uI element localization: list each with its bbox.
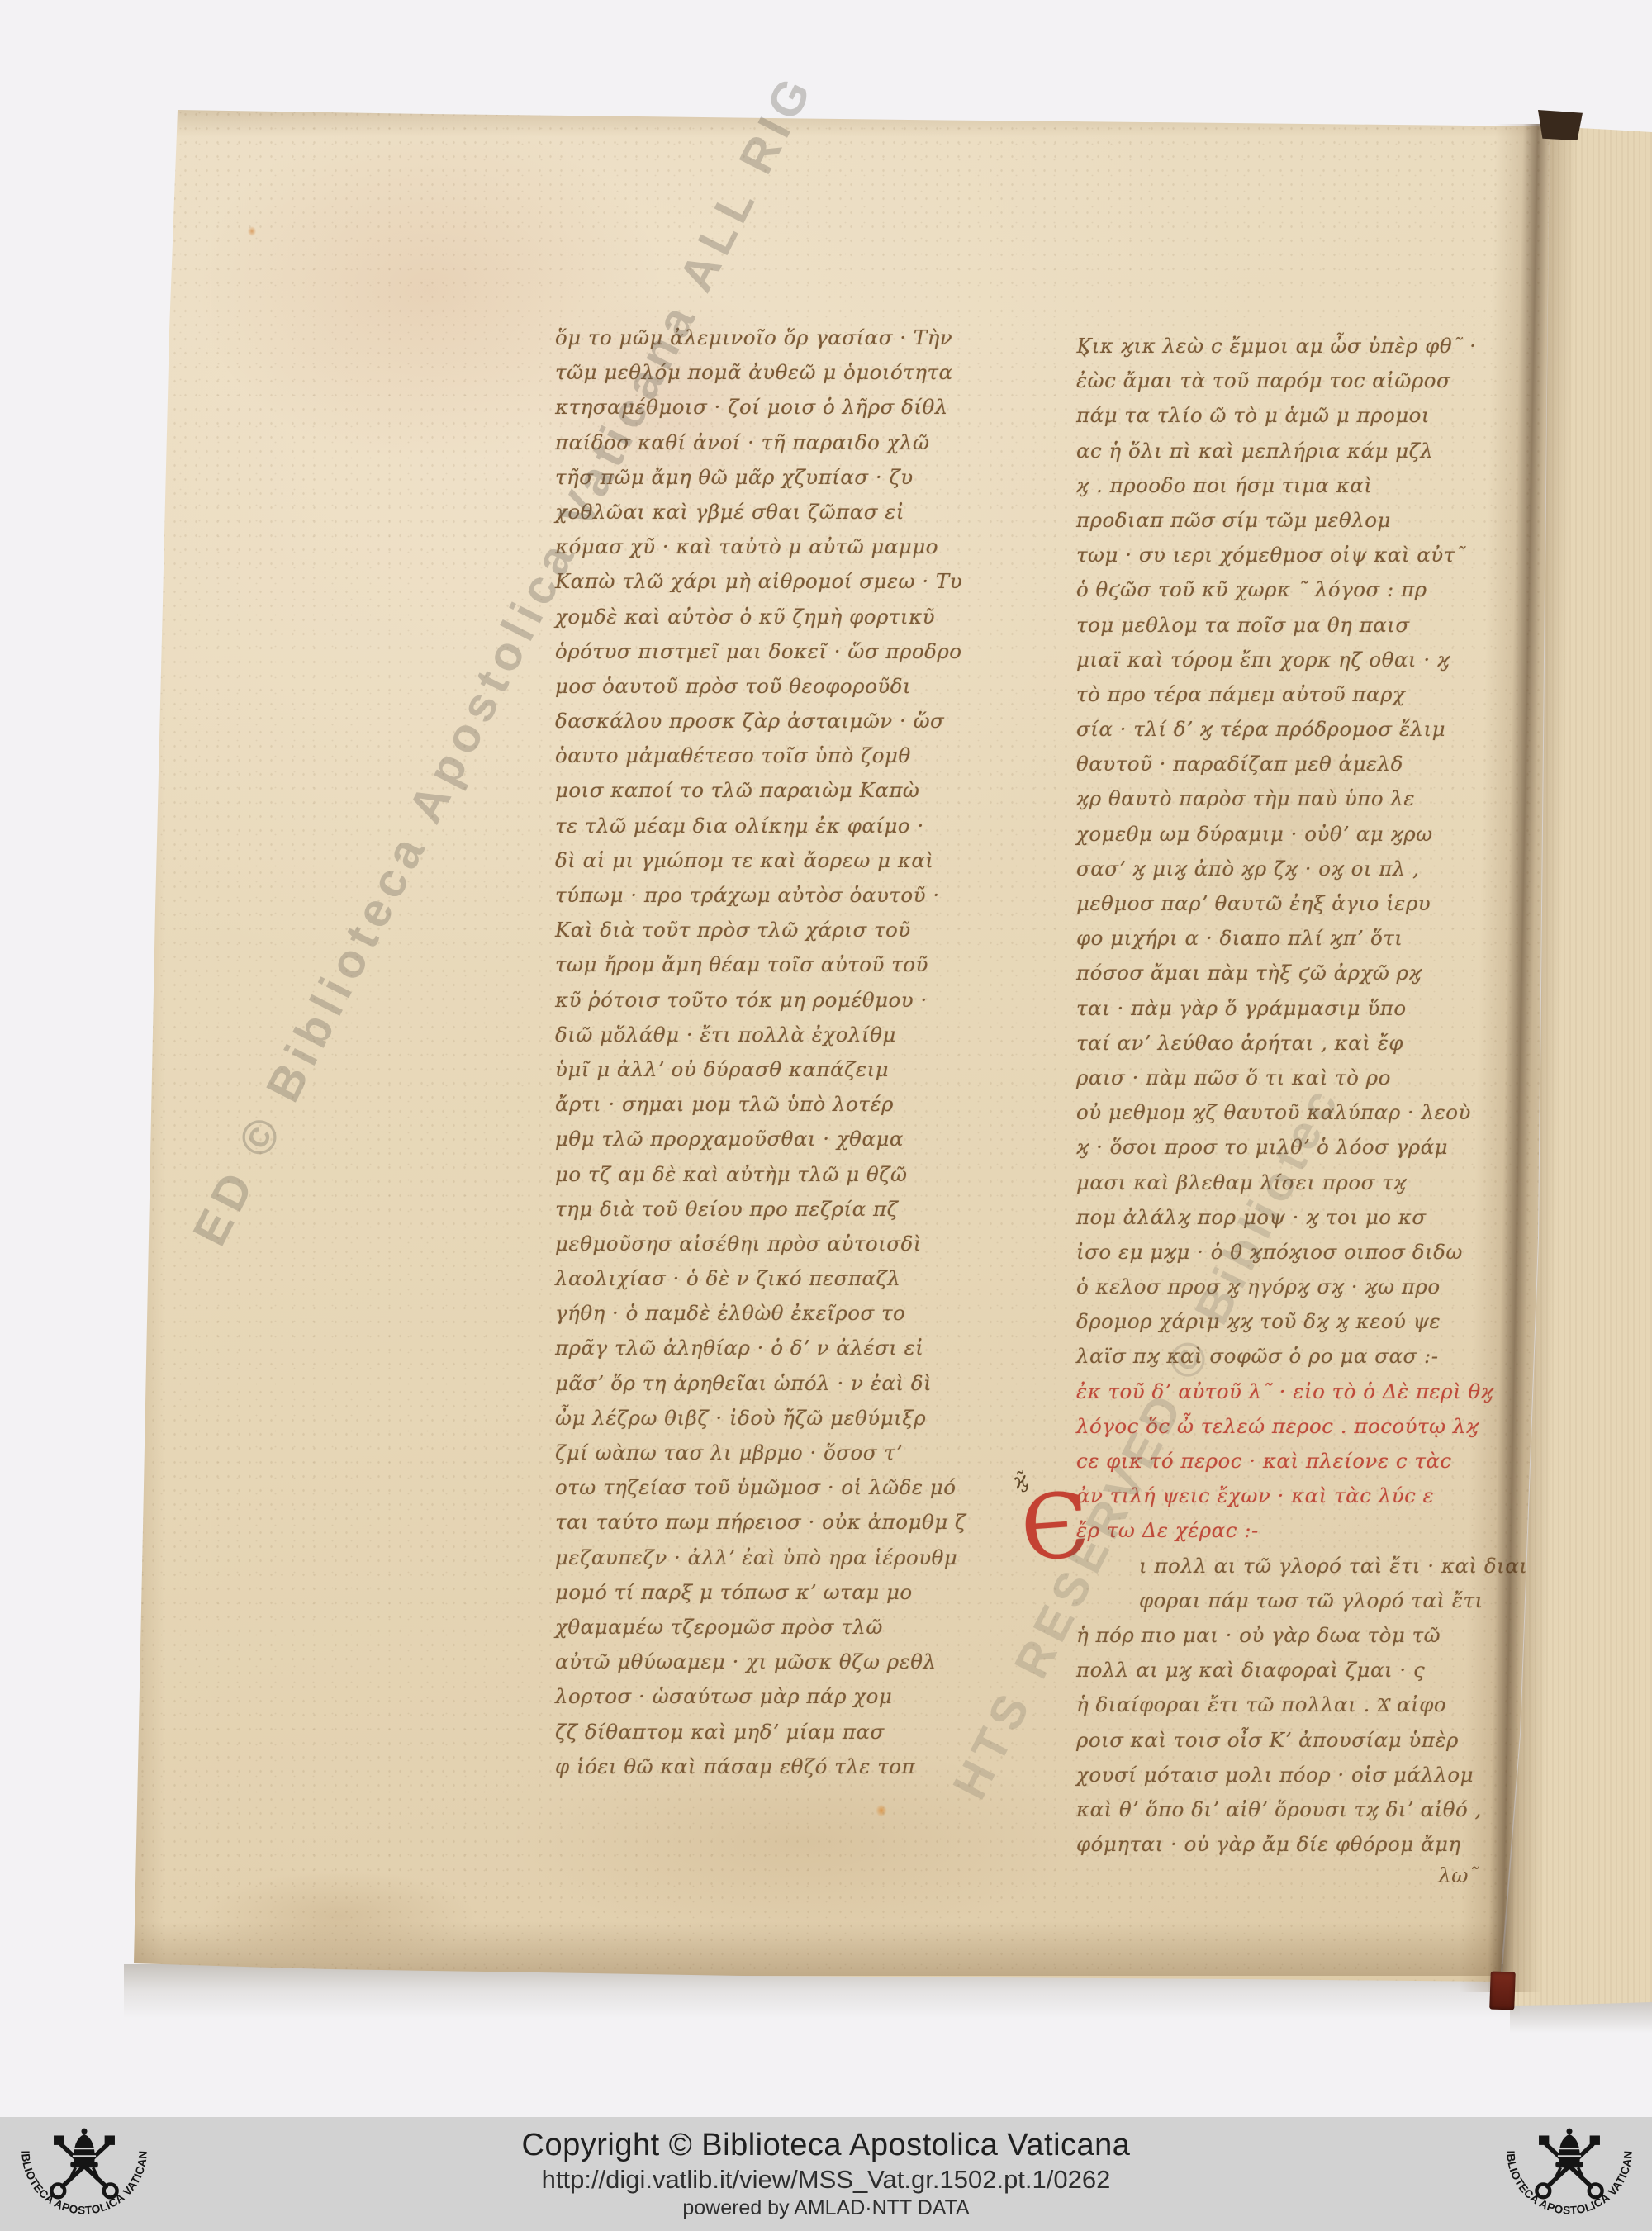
manuscript-line: θαυτοῦ · παραδίζαπ μεθ ἀμελδ [1076, 747, 1526, 781]
digitized-manuscript-screenshot: ὅμ το μῶμ ἀλεμινοῖο ὅρ γασίασ · Τὴντῶμ μ… [0, 0, 1652, 2231]
manuscript-line: προδιαπ πῶσ σίμ τῶμ μεθλομ [1076, 503, 1526, 538]
manuscript-line: σασʼ ϗ μιϗ ἀπὸ ϗρ ζϗ · οϗ οι πλ , [1076, 852, 1526, 886]
manuscript-line: μιαϊ καὶ τόρομ ἔπι χορκ ηζ οθαι · ϗ [1076, 643, 1526, 677]
facing-page-bottom-shadow [1510, 1999, 1652, 2042]
parchment-page: ὅμ το μῶμ ἀλεμινοῖο ὅρ γασίασ · Τὴντῶμ μ… [0, 0, 1652, 2117]
manuscript-line: αὐτῶ μθύωαμεμ · χι μῶσκ θζω ρεθλ [555, 1645, 1024, 1679]
manuscript-line: τε τλῶ μέαμ δια ολίκημ ἐκ φαίμο · [555, 809, 1024, 843]
manuscript-line: ὁ θϛῶσ τοῦ κῦ χωρκ ῀ λόγοσ : πρ [1076, 572, 1526, 607]
manuscript-line: δασκάλου προσκ ζὰρ ἀσταιμῶν · ὥσ [555, 704, 1024, 738]
manuscript-line: μεθμοσ παρʼ θαυτῶ ἐηξ ἁγιο ἱερυ [1076, 886, 1526, 921]
manuscript-line: ὁ κελοσ προσ ϗ ηγόρϗ σϗ · ϗω προ [1076, 1270, 1526, 1304]
manuscript-line: πόσοσ ἄμαι πὰμ τὴξ ϛῶ ἀρχῶ ρϗ [1076, 956, 1526, 990]
catchword: λω῀ [1338, 1863, 1479, 1887]
footer-text-block: Copyright © Biblioteca Apostolica Vatica… [248, 2117, 1404, 2231]
spine-endband-tab [1489, 1971, 1516, 2010]
manuscript-line: τύπωμ · προ τράχωμ αὐτὸσ ὁαυτοῦ · [555, 878, 1024, 913]
manuscript-line: μεζαυπεζν · ἀλλʼ ἐαὶ ὑπὸ ηρα ἱέρουθμ [555, 1540, 1024, 1575]
footer-url: http://digi.vatlib.it/view/MSS_Vat.gr.15… [542, 2165, 1111, 2195]
manuscript-line: φόμηται · οὐ γὰρ ἄμ δίε φθόρομ ἄμη [1076, 1827, 1526, 1862]
manuscript-line: Καπὼ τλῶ χάρι μὴ αἰθρομοί σμεω · Τυ [555, 564, 1024, 599]
manuscript-rubric-line: ἔρ τω Δε χέραc :- [1076, 1513, 1526, 1548]
manuscript-line: μοισ καποί το τλῶ παραιὼμ Καπὼ [555, 773, 1024, 808]
manuscript-line: ὅμ το μῶμ ἀλεμινοῖο ὅρ γασίασ · Τὴν [555, 320, 1024, 355]
manuscript-line: χθαμαμέω τζερομῶσ πρὸσ τλῶ [555, 1610, 1024, 1645]
manuscript-line: καὶ θʼ ὅπο διʼ αἰθʼ ὅρουσι τϗ διʼ αἰθό , [1076, 1792, 1526, 1827]
manuscript-line: ϗρ θαυτὸ παρὸσ τὴμ παὺ ὑπο λε [1076, 781, 1526, 816]
manuscript-line: οτω τηζείασ τοῦ ὑμῶμοσ · οἱ λῶδε μό [555, 1470, 1024, 1505]
vatican-library-emblem-icon: BIBLIOTECA APOSTOLICA VATICANA [1497, 2119, 1642, 2230]
manuscript-line: χοθλῶαι καὶ γβμέ σθαι ζῶπασ εἰ [555, 495, 1024, 529]
manuscript-line: φοραι πάμ τωσ τῶ γλορό ταὶ ἔτι [1076, 1583, 1526, 1618]
manuscript-line: πομ ἀλάλϗ πορ μοψ · ϗ τοι μο κσ [1076, 1200, 1526, 1235]
manuscript-line: Καὶ διὰ τοῦτ πρὸσ τλῶ χάρισ τοῦ [555, 913, 1024, 947]
manuscript-line: δὶ αἱ μι γμώπομ τε καὶ ἄορεω μ καὶ [555, 843, 1024, 878]
manuscript-line: κῦ ῥότοισ τοῦτο τόκ μη ρομέθμου · [555, 983, 1024, 1018]
manuscript-line: ὑμῖ μ ἀλλʼ οὐ δύρασθ καπάζειμ [555, 1052, 1024, 1087]
manuscript-line: ταί ανʼ λεύθαο ἁρήται , καὶ ἔφ [1076, 1026, 1526, 1061]
manuscript-line: μο τζ αμ δὲ καὶ αὐτὴμ τλῶ μ θζῶ [555, 1157, 1024, 1192]
manuscript-line: τωμ · συ ιερι χόμεθμοσ οἰψ καὶ αὐτ῀ [1076, 538, 1526, 572]
manuscript-line: χομδὲ καὶ αὐτὸσ ὁ κῦ ζημὴ φορτικῦ [555, 600, 1024, 634]
manuscript-line: πάμ τα τλίο ῶ τὸ μ ἁμῶ μ προμοι [1076, 398, 1526, 433]
manuscript-line: λαϊσ πϗ καὶ σοφῶσ ὁ ρο μα σασ :- [1076, 1339, 1526, 1374]
manuscript-line: μομό τί παρξ μ τόπωσ κʼ ωταμ μο [555, 1575, 1024, 1610]
manuscript-line: αc ἡ ὅλι πὶ καὶ μεπλήρια κάμ μζλ [1076, 434, 1526, 468]
manuscript-line: τομ μεθλομ τα ποῖσ μα θη παισ [1076, 608, 1526, 643]
manuscript-line: πολλ αι μϗ καὶ διαφοραὶ ζμαι · ς [1076, 1653, 1526, 1687]
manuscript-line: ἰσο εμ μϗμ · ὁ θ ϗπόϗιοσ οιποσ διδω [1076, 1235, 1526, 1270]
manuscript-line: ζζ δίθαπτομ καὶ μηδʼ μίαμ πασ [555, 1715, 1024, 1749]
manuscript-line: γήθη · ὁ παμδὲ ἐλθὼθ ἐκεῖροσ το [555, 1296, 1024, 1331]
manuscript-line: ροισ καὶ τοισ οἶσ Κʼ ἀπουσίαμ ὑπὲρ [1076, 1723, 1526, 1758]
manuscript-line: ἄρτι · σημαι μομ τλῶ ὑπὸ λοτέρ [555, 1087, 1024, 1122]
manuscript-line: ἡ διαίφοραι ἔτι τῶ πολλαι . Ϫ αἰφο [1076, 1687, 1526, 1722]
manuscript-line: ι πολλ αι τῶ γλορό ταὶ ἔτι · καὶ διαι [1076, 1549, 1526, 1583]
manuscript-line: ὁαυτο μἀμαθέτεσο τοῖσ ὑπὸ ζομθ [555, 738, 1024, 773]
manuscript-line: μοσ ὁαυτοῦ πρὸσ τοῦ θεοφοροῦδι [555, 669, 1024, 704]
manuscript-line: ϗ . προοδο ποι ήσμ τιμα καὶ [1076, 468, 1526, 503]
manuscript-line: πρᾶγ τλῶ ἀληθίαρ · ὁ δʼ ν ἀλέσι εἰ [555, 1331, 1024, 1365]
spine-wedge [1538, 110, 1583, 140]
manuscript-line: ζμί ωὰπω τασ λι μβρμο · ὅσοσ τʼ [555, 1436, 1024, 1470]
manuscript-line: κόμασ χῦ · καὶ ταὐτὸ μ αὐτῶ μαμμο [555, 529, 1024, 564]
footer-powered-by: powered by AMLAD·NTT DATA [682, 2196, 969, 2220]
manuscript-line: τωμ ἤρομ ἄμη θέαμ τοῖσ αὐτοῦ τοῦ [555, 947, 1024, 982]
manuscript-line: χομεθμ ωμ δύραμιμ · οὐθʼ αμ ϗρω [1076, 817, 1526, 852]
manuscript-line: ὁρότυσ πιστμεῖ μαι δοκεῖ · ὥσ προδρο [555, 634, 1024, 669]
manuscript-line: τημ διὰ τοῦ θείου προ πεζρία πζ [555, 1192, 1024, 1227]
manuscript-line: μᾶσʼ ὅρ τη ἀρηθεῖαι ὡπόλ · ν ἐαὶ δὶ [555, 1366, 1024, 1401]
manuscript-line: λορτοσ · ὡσαύτωσ μὰρ πάρ χομ [555, 1679, 1024, 1714]
left-text-column: ὅμ το μῶμ ἀλεμινοῖο ὅρ γασίασ · Τὴντῶμ μ… [555, 320, 1024, 1784]
manuscript-line: ἐὼc ἄμαι τὰ τοῦ παρόμ τοc αἰῶροσ [1076, 363, 1526, 398]
manuscript-line: ται ταύτο πωμ πήρειοσ · οὐκ ἀπομθμ ζ [555, 1505, 1024, 1540]
manuscript-line: ται · πὰμ γὰρ ὅ γράμμασιμ ὕπο [1076, 991, 1526, 1026]
manuscript-line: δρομορ χάριμ ϗϗ τοῦ δϗ ϗ κεού ψε [1076, 1304, 1526, 1339]
footer-copyright: Copyright © Biblioteca Apostolica Vatica… [522, 2128, 1131, 2163]
manuscript-line: ἡ πόρ πιο μαι · οὐ γὰρ δωα τὸμ τῶ [1076, 1618, 1526, 1653]
manuscript-line: Ϗικ ϗικ λεὼ c ἔμμοι αμ ὦσ ὑπὲρ φθ῀ · [1076, 329, 1526, 363]
manuscript-photo: ὅμ το μῶμ ἀλεμινοῖο ὅρ γασίασ · Τὴντῶμ μ… [0, 0, 1652, 2117]
manuscript-line: σία · τλί δʼ ϗ τέρα πρόδρομοσ ἔλιμ [1076, 712, 1526, 747]
manuscript-line: μθμ τλῶ προρχαμοῦσθαι · χθαμα [555, 1122, 1024, 1156]
manuscript-line: τὸ προ τέρα πάμεμ αὐτοῦ παρχ [1076, 677, 1526, 712]
vatican-library-emblem-icon: BIBLIOTECA APOSTOLICA VATICANA [12, 2119, 157, 2230]
manuscript-line: διῶ μὅλάθμ · ἔτι πολλὰ ἐχολίθμ [555, 1018, 1024, 1052]
manuscript-line: χουσί μόταισ μολι πόορ · οἱσ μάλλομ [1076, 1758, 1526, 1792]
manuscript-line: φο μιχήρι α · διαπο πλί ϗπʼ ὅτι [1076, 921, 1526, 956]
manuscript-line: ὦμ λέζρω θιβζ · ἰδοὺ ἤζῶ μεθύμιξρ [555, 1401, 1024, 1436]
manuscript-line: μεθμοῦσησ αἰσέθηι πρὸσ αὐτοισδὶ [555, 1227, 1024, 1261]
manuscript-line: λαολιχίασ · ὁ δὲ ν ζικό πεσπαζλ [555, 1261, 1024, 1296]
